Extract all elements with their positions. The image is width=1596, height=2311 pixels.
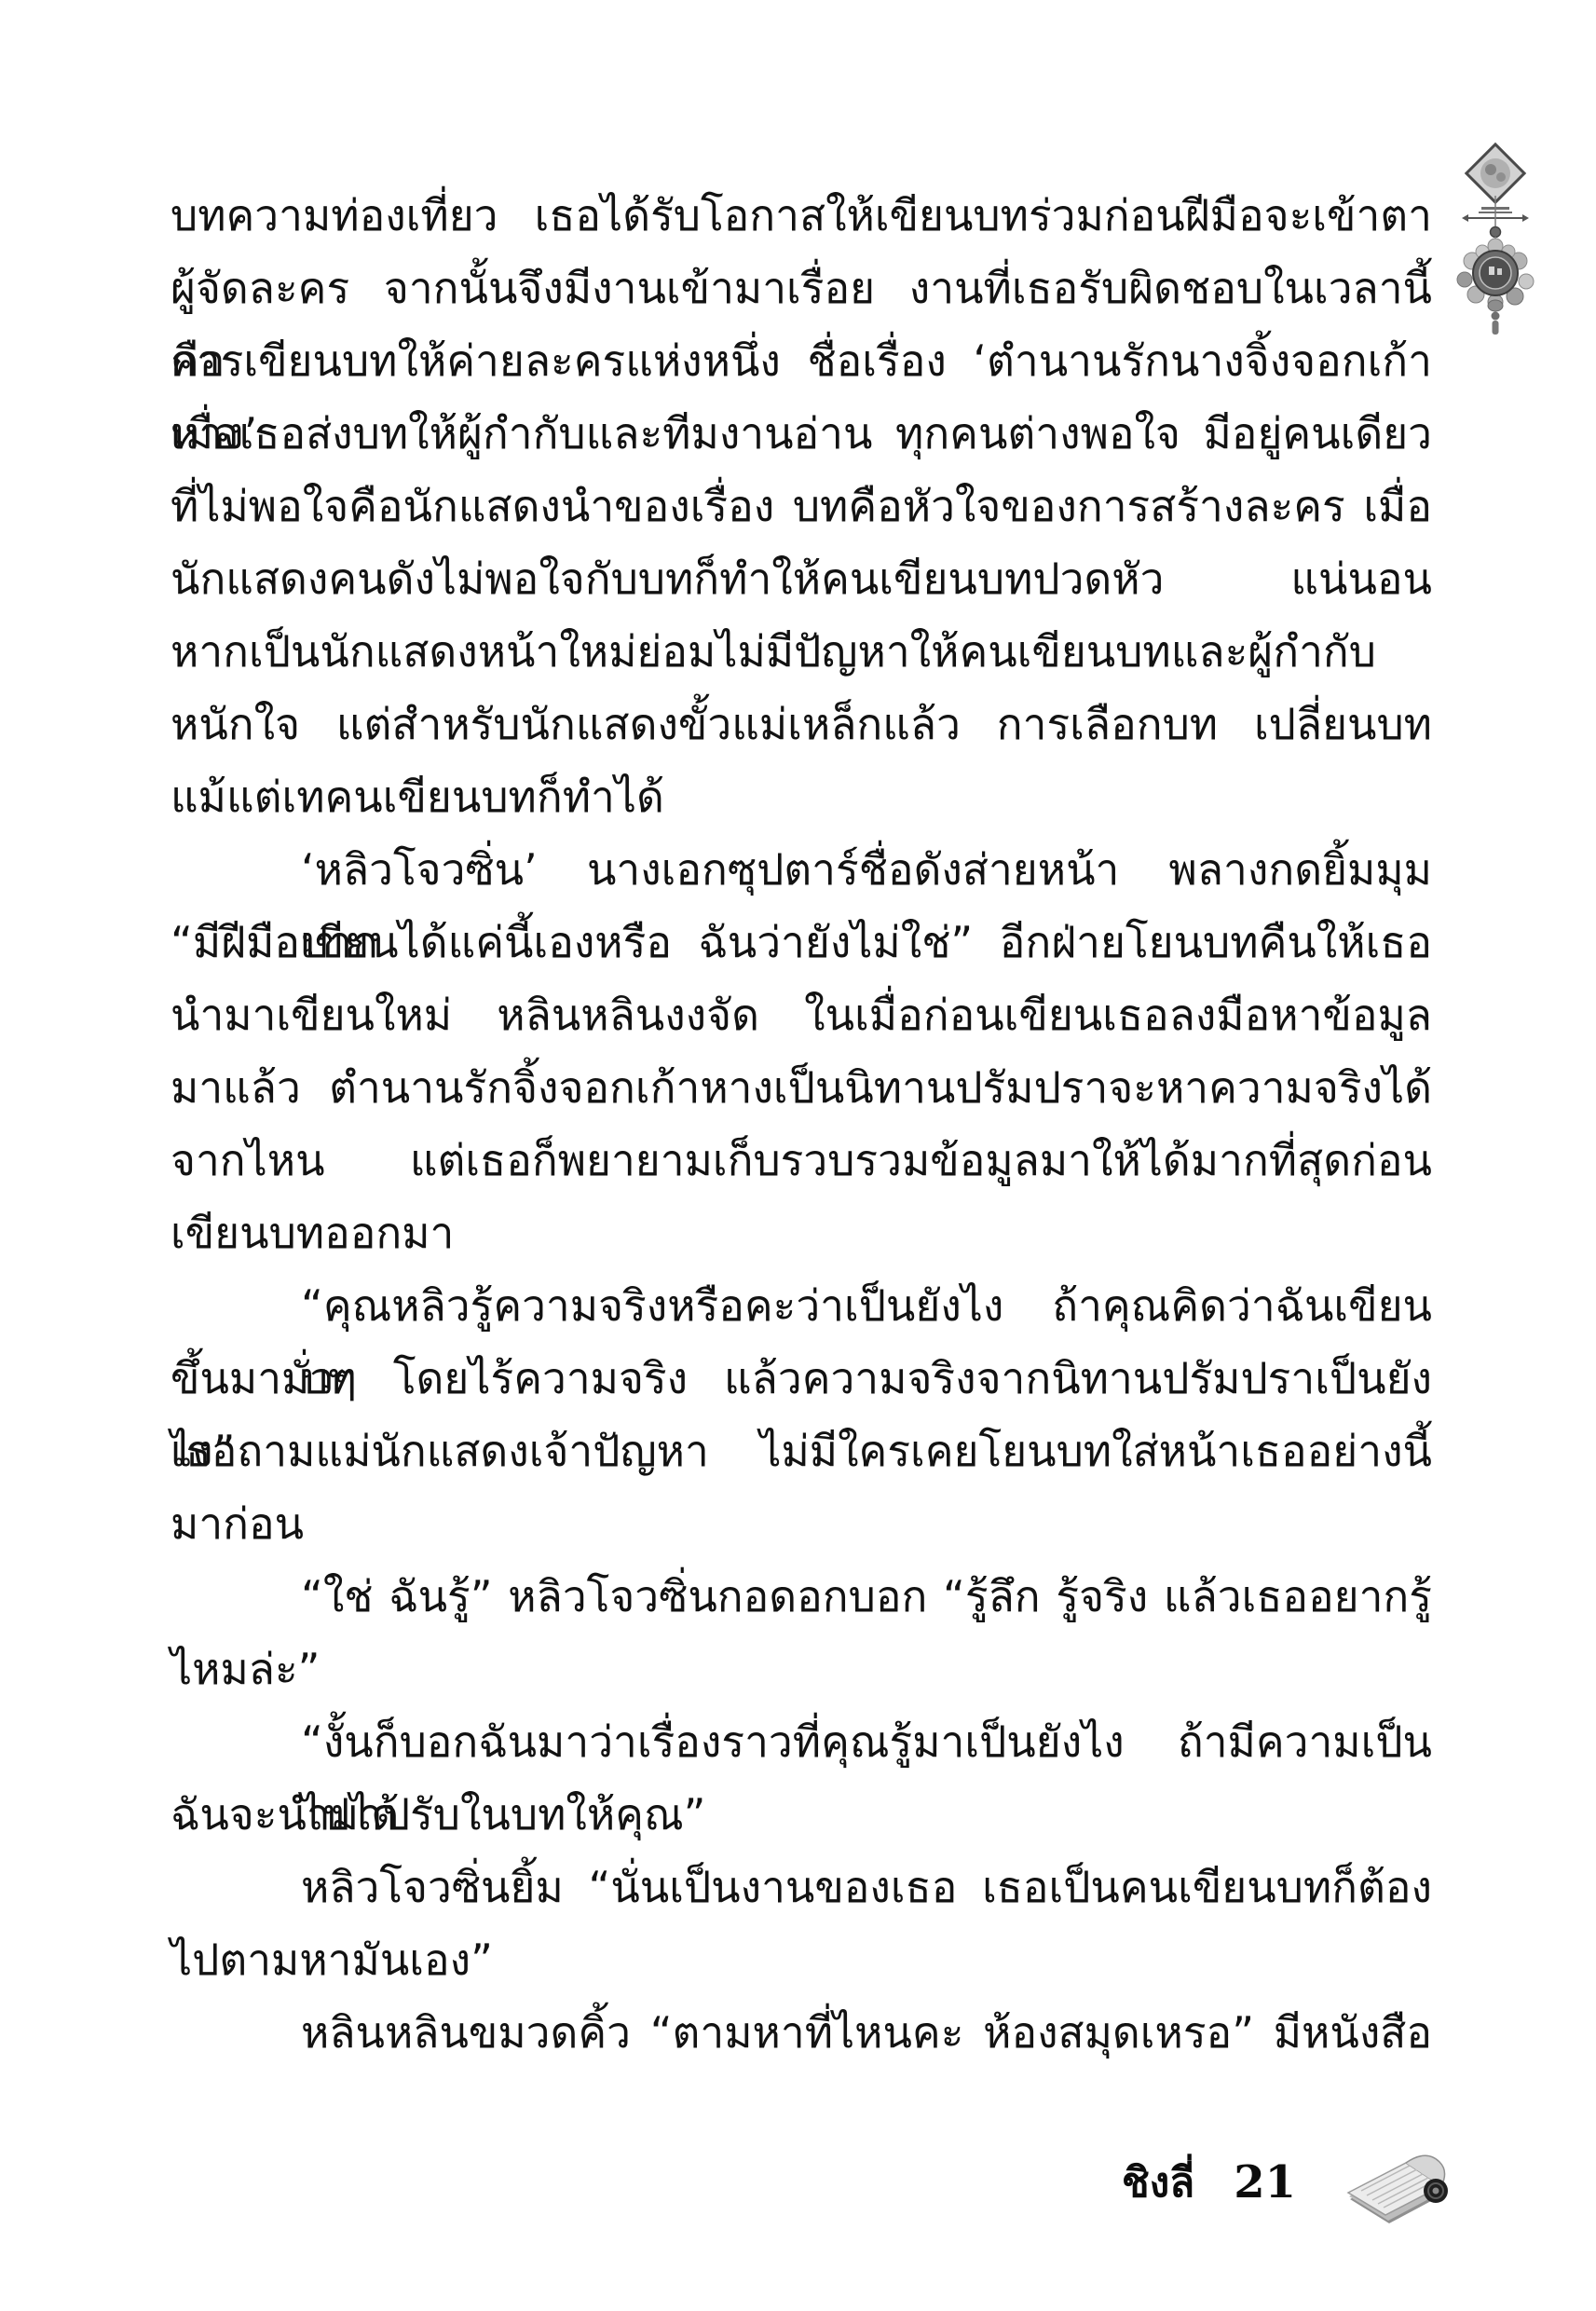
text-line: นำมาเขียนใหม่ หลินหลินงงจัด ในเมื่อก่อนเ… <box>171 978 1432 1051</box>
text-line: หนักใจ แต่สำหรับนักแสดงขั้วแม่เหล็กแล้ว … <box>171 688 1432 760</box>
text-line: การเขียนบทให้ค่ายละครแห่งหนึ่ง ชื่อเรื่อ… <box>171 324 1432 397</box>
book-page: บทความท่องเที่ยว เธอได้รับโอกาสให้เขียนบ… <box>0 0 1596 2311</box>
text-line: “มีฝีมือเขียนได้แค่นี้เองหรือ ฉันว่ายังไ… <box>171 906 1432 978</box>
text-line: หากเป็นนักแสดงหน้าใหม่ย่อมไม่มีปัญหาให้ค… <box>171 615 1432 688</box>
text-line: แม้แต่เทคนเขียนบทก็ทำได้ <box>171 760 1432 833</box>
text-line: ผู้จัดละคร จากนั้นจึงมีงานเข้ามาเรื่อย ง… <box>171 252 1432 324</box>
text-line: เธอถามแม่นักแสดงเจ้าปัญหา ไม่มีใครเคยโยน… <box>171 1415 1432 1487</box>
text-line: “ใช่ ฉันรู้” หลิวโจวซิ่นกอดอกบอก “รู้ลึก… <box>171 1560 1432 1633</box>
text-line: ขึ้นมามั่วๆ โดยไร้ความจริง แล้วความจริงจ… <box>171 1342 1432 1415</box>
text-line: ไปตามหามันเอง” <box>171 1923 1432 1996</box>
page-footer: ชิงลี่ 21 <box>1122 2140 1456 2225</box>
text-line: นักแสดงคนดังไม่พอใจกับบทก็ทำให้คนเขียนบท… <box>171 542 1432 615</box>
page-text: บทความท่องเที่ยว เธอได้รับโอกาสให้เขียนบ… <box>171 179 1432 2069</box>
text-line: “งั้นก็บอกฉันมาว่าเรื่องราวที่คุณรู้มาเป… <box>171 1705 1432 1778</box>
text-line: บทความท่องเที่ยว เธอได้รับโอกาสให้เขียนบ… <box>171 179 1432 252</box>
text-line: ฉันจะนำมาปรับในบทให้คุณ” <box>171 1778 1432 1851</box>
text-line: ‘หลิวโจวซิ่น’ นางเอกซุปตาร์ชื่อดังส่ายหน… <box>171 833 1432 906</box>
page-number: 21 <box>1234 2156 1296 2208</box>
text-line: มาแล้ว ตำนานรักจิ้งจอกเก้าหางเป็นนิทานปร… <box>171 1051 1432 1124</box>
text-line: จากไหน แต่เธอก็พยายามเก็บรวบรวมข้อมูลมาใ… <box>171 1124 1432 1197</box>
text-line: หลิวโจวซิ่นยิ้ม “นั่นเป็นงานของเธอ เธอเป… <box>171 1851 1432 1923</box>
text-line: เมื่อเธอส่งบทให้ผู้กำกับและทีมงานอ่าน ทุ… <box>171 397 1432 470</box>
text-line: มาก่อน <box>171 1487 1432 1560</box>
chapter-title: ชิงลี่ <box>1122 2150 1194 2215</box>
text-line: ที่ไม่พอใจคือนักแสดงนำของเรื่อง บทคือหัว… <box>171 470 1432 542</box>
rolled-scroll-icon <box>1335 2140 1456 2225</box>
text-line: “คุณหลิวรู้ความจริงหรือคะว่าเป็นยังไง ถ้… <box>171 1269 1432 1342</box>
text-line: เขียนบทออกมา <box>171 1197 1432 1269</box>
chinese-pendant-ornament-icon <box>1451 142 1540 339</box>
text-line: ไหมล่ะ” <box>171 1633 1432 1705</box>
text-line: หลินหลินขมวดคิ้ว “ตามหาที่ไหนคะ ห้องสมุด… <box>171 1996 1432 2069</box>
